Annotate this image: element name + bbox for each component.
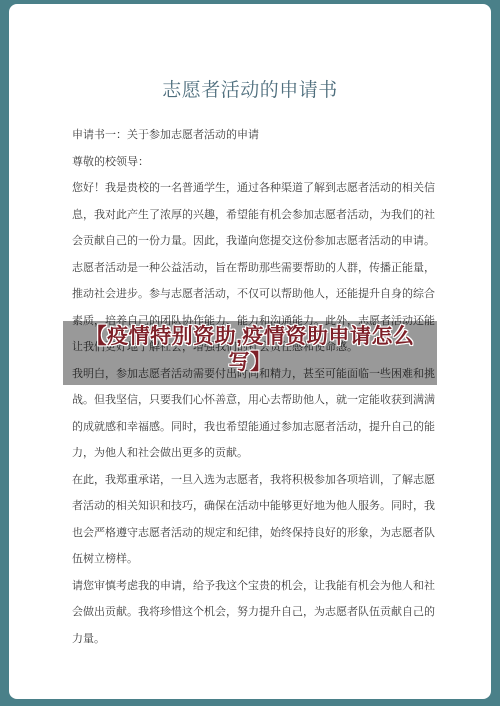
paragraph: 尊敬的校领导： <box>72 149 437 176</box>
watermark-caption: 【疫情特别资助,疫情资助申请怎么写】 <box>71 324 429 376</box>
paragraph: 申请书一：关于参加志愿者活动的申请 <box>72 122 437 149</box>
article-page: 志愿者活动的申请书 申请书一：关于参加志愿者活动的申请尊敬的校领导：您好！我是贵… <box>0 0 500 706</box>
paragraph: 请您审慎考虑我的申请，给予我这个宝贵的机会，让我能有机会为他人和社会做出贡献。我… <box>72 573 437 653</box>
paragraph: 您好！我是贵校的一名普通学生，通过各种渠道了解到志愿者活动的相关信息，我对此产生… <box>72 175 437 255</box>
paragraph: 在此，我郑重承诺，一旦入选为志愿者，我将积极参加各项培训，了解志愿者活动的相关知… <box>72 467 437 573</box>
document-body: 申请书一：关于参加志愿者活动的申请尊敬的校领导：您好！我是贵校的一名普通学生，通… <box>72 122 437 652</box>
page-title: 志愿者活动的申请书 <box>0 78 500 104</box>
